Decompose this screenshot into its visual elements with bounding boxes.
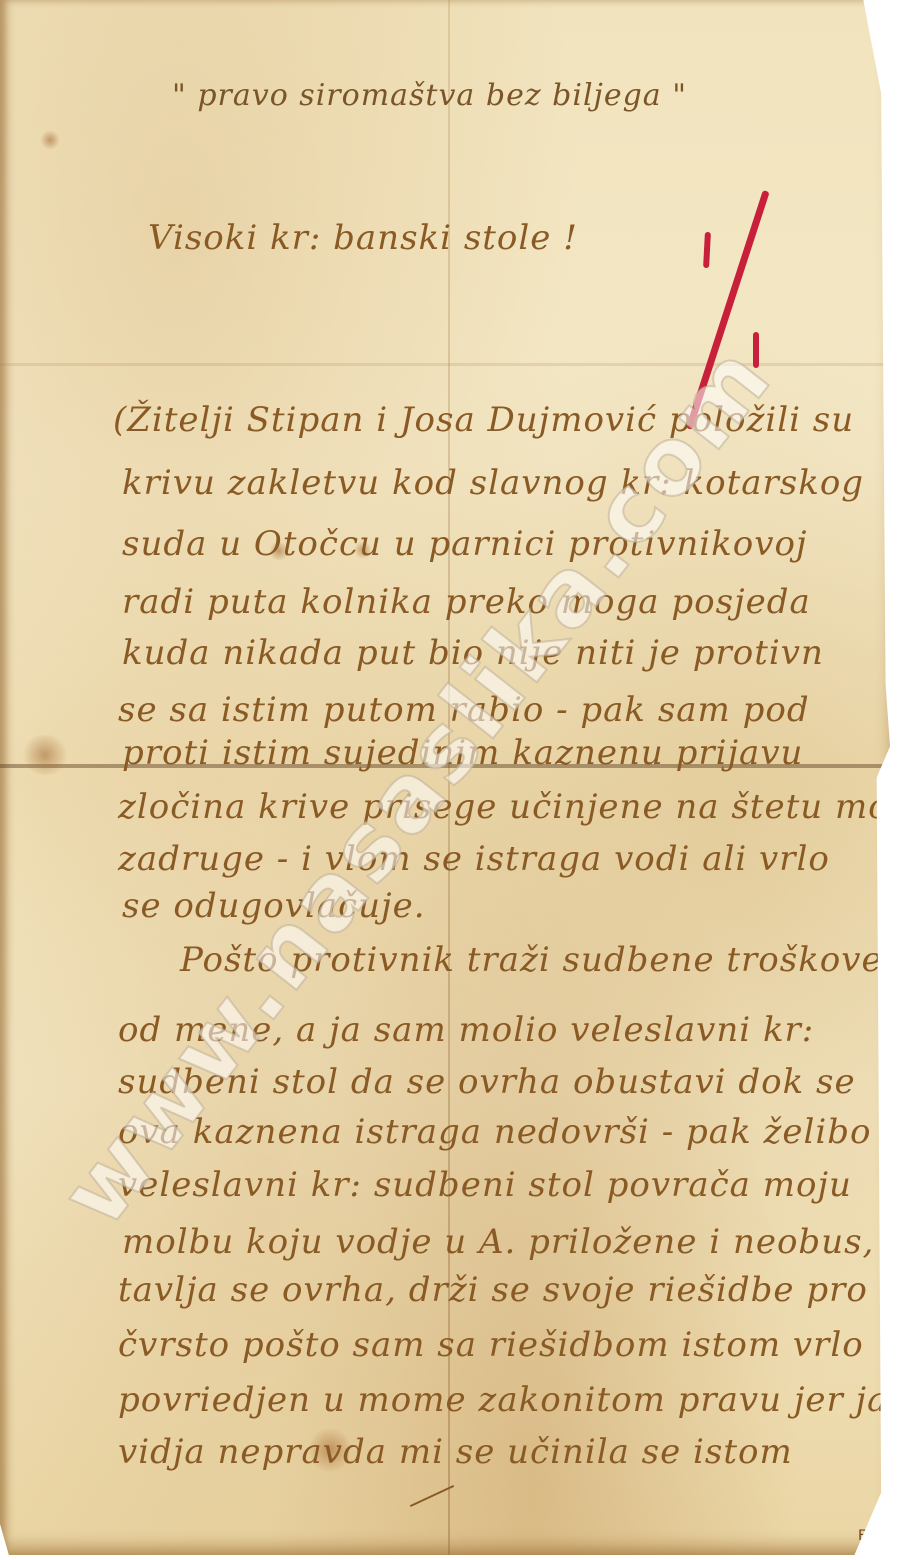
body-line-4: radi puta kolnika preko moga posjeda [122, 582, 811, 622]
corner-mark: F7 [858, 1528, 875, 1544]
body-line-8: zločina krive prisege učinjene na štetu … [118, 787, 900, 827]
body-line-20: vidja nepravda mi se učinila se istom [118, 1432, 793, 1472]
ink-stain [20, 735, 70, 775]
body-line-3: suda u Otočcu u parnici protivnikovoj [122, 524, 807, 564]
header-note: " pravo siromaštva bez biljega " [172, 78, 687, 113]
letter-page: " pravo siromaštva bez biljega " Visoki … [0, 0, 890, 1555]
body-line-15: veleslavni kr: sudbeni stol povrača moju [118, 1165, 852, 1205]
body-line-2: krivu zakletvu kod slavnog kr: kotarskog [122, 463, 864, 503]
salutation: Visoki kr: banski stole ! [148, 218, 578, 258]
body-line-18: čvrsto pošto sam sa riešidbom istom vrlo [118, 1325, 864, 1365]
red-mark-tick-top [703, 232, 711, 268]
body-line-19: povriedjen u mome zakonitom pravu jer ja [118, 1380, 888, 1420]
body-line-9: zadruge - i vlom se istraga vodi ali vrl… [118, 839, 830, 879]
body-line-17: tavlja se ovrha, drži se svoje riešidbe … [118, 1270, 868, 1310]
body-line-14: ova kaznena istraga nedovrši - pak želib… [118, 1112, 872, 1152]
ink-stain [40, 130, 60, 150]
body-line-16: molbu koju vodje u A. priložene i neobus… [122, 1222, 874, 1262]
